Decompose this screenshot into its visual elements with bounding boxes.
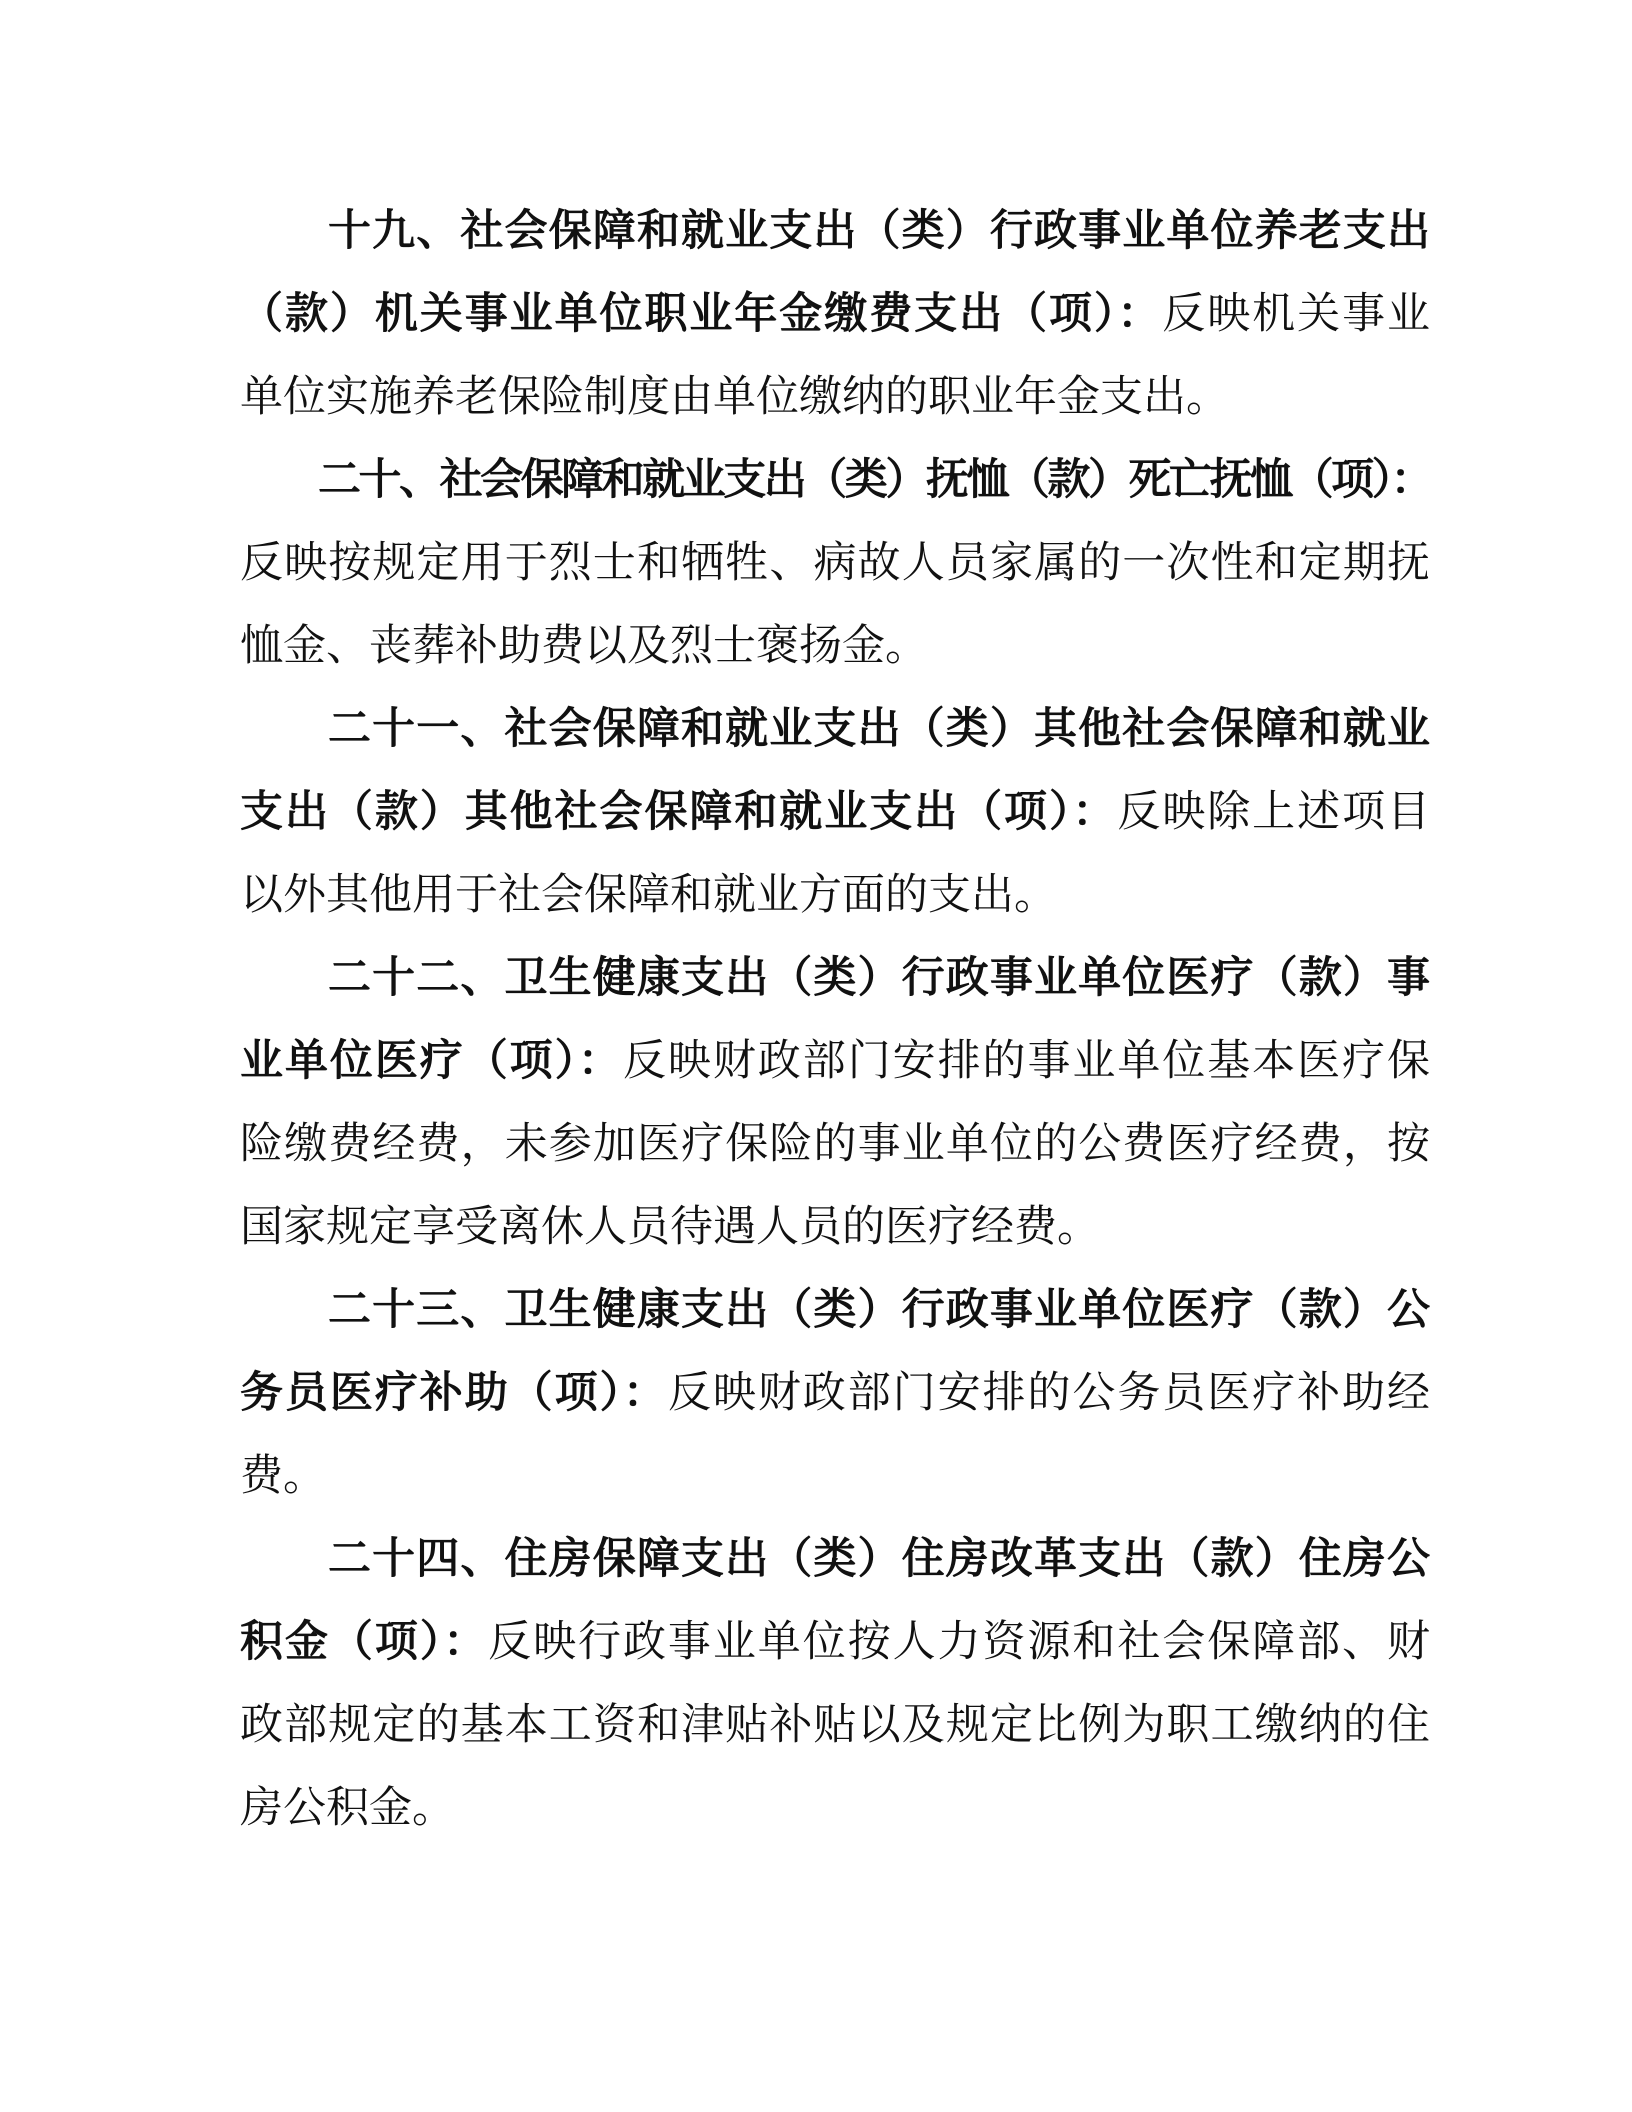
heading-text: 二十三、卫生健康支出（类）行政事业单位医疗（款）公 [328, 1287, 1430, 1334]
text-line: 政部规定的基本工资和津贴补贴以及规定比例为职工缴纳的住 [240, 1684, 1430, 1767]
body-text: 政部规定的基本工资和津贴补贴以及规定比例为职工缴纳的住 [240, 1702, 1430, 1749]
text-line: 二十一、社会保障和就业支出（类）其他社会保障和就业 [240, 688, 1430, 771]
heading-text: 二十四、住房保障支出（类）住房改革支出（款）住房公 [328, 1536, 1430, 1583]
text-line: 二十三、卫生健康支出（类）行政事业单位医疗（款）公 [240, 1269, 1430, 1352]
body-text: 反映财政部门安排的公务员医疗补助经 [668, 1370, 1430, 1417]
heading-text: 积金（项）： [240, 1619, 488, 1666]
text-line: 费。 [240, 1435, 1430, 1518]
paragraph-item-24: 二十四、住房保障支出（类）住房改革支出（款）住房公 积金（项）：反映行政事业单位… [240, 1518, 1430, 1850]
body-text: 反映财政部门安排的事业单位基本医疗保 [623, 1038, 1430, 1085]
body-text: 以外其他用于社会保障和就业方面的支出。 [240, 872, 1057, 919]
text-line: 支出（款）其他社会保障和就业支出（项）：反映除上述项目 [240, 771, 1430, 854]
body-text: 反映机关事业 [1162, 291, 1430, 338]
heading-text: 业单位医疗（项）： [240, 1038, 623, 1085]
text-line: 险缴费经费，未参加医疗保险的事业单位的公费医疗经费，按 [240, 1103, 1430, 1186]
text-line: （款）机关事业单位职业年金缴费支出（项）：反映机关事业 [240, 273, 1430, 356]
body-text: 反映除上述项目 [1117, 789, 1430, 836]
text-line: 务员医疗补助（项）：反映财政部门安排的公务员医疗补助经 [240, 1352, 1430, 1435]
body-text: 反映按规定用于烈士和牺牲、病故人员家属的一次性和定期抚 [240, 540, 1430, 587]
body-text: 反映行政事业单位按人力资源和社会保障部、财 [488, 1619, 1430, 1666]
heading-text: 支出（款）其他社会保障和就业支出（项）： [240, 789, 1117, 836]
body-text: 单位实施养老保险制度由单位缴纳的职业年金支出。 [240, 374, 1229, 421]
paragraph-item-21: 二十一、社会保障和就业支出（类）其他社会保障和就业 支出（款）其他社会保障和就业… [240, 688, 1430, 937]
paragraph-item-22: 二十二、卫生健康支出（类）行政事业单位医疗（款）事 业单位医疗（项）：反映财政部… [240, 937, 1430, 1269]
heading-text: 二十二、卫生健康支出（类）行政事业单位医疗（款）事 [328, 955, 1430, 1002]
document-text-block: 十九、社会保障和就业支出（类）行政事业单位养老支出 （款）机关事业单位职业年金缴… [240, 190, 1430, 1850]
text-line: 业单位医疗（项）：反映财政部门安排的事业单位基本医疗保 [240, 1020, 1430, 1103]
paragraph-item-20: 二十、社会保障和就业支出（类）抚恤（款）死亡抚恤（项）： 反映按规定用于烈士和牺… [240, 439, 1430, 688]
text-line: 单位实施养老保险制度由单位缴纳的职业年金支出。 [240, 356, 1430, 439]
heading-text: （款）机关事业单位职业年金缴费支出（项）： [240, 291, 1162, 338]
text-line: 二十、社会保障和就业支出（类）抚恤（款）死亡抚恤（项）： [240, 439, 1430, 522]
text-line: 反映按规定用于烈士和牺牲、病故人员家属的一次性和定期抚 [240, 522, 1430, 605]
document-page: 十九、社会保障和就业支出（类）行政事业单位养老支出 （款）机关事业单位职业年金缴… [0, 0, 1632, 2112]
text-line: 十九、社会保障和就业支出（类）行政事业单位养老支出 [240, 190, 1430, 273]
body-text: 险缴费经费，未参加医疗保险的事业单位的公费医疗经费，按 [240, 1121, 1430, 1168]
paragraph-item-23: 二十三、卫生健康支出（类）行政事业单位医疗（款）公 务员医疗补助（项）：反映财政… [240, 1269, 1430, 1518]
body-text: 费。 [240, 1453, 326, 1500]
text-line: 国家规定享受离休人员待遇人员的医疗经费。 [240, 1186, 1430, 1269]
heading-text: 二十一、社会保障和就业支出（类）其他社会保障和就业 [328, 706, 1430, 753]
paragraph-item-19: 十九、社会保障和就业支出（类）行政事业单位养老支出 （款）机关事业单位职业年金缴… [240, 190, 1430, 439]
text-line: 房公积金。 [240, 1767, 1430, 1850]
text-line: 积金（项）：反映行政事业单位按人力资源和社会保障部、财 [240, 1601, 1430, 1684]
heading-text: 十九、社会保障和就业支出（类）行政事业单位养老支出 [328, 208, 1430, 255]
heading-text: 二十、社会保障和就业支出（类）抚恤（款）死亡抚恤（项）： [318, 457, 1430, 504]
body-text: 国家规定享受离休人员待遇人员的医疗经费。 [240, 1204, 1100, 1251]
body-text: 恤金、丧葬补助费以及烈士褒扬金。 [240, 623, 928, 670]
text-line: 二十二、卫生健康支出（类）行政事业单位医疗（款）事 [240, 937, 1430, 1020]
body-text: 房公积金。 [240, 1785, 455, 1832]
text-line: 恤金、丧葬补助费以及烈士褒扬金。 [240, 605, 1430, 688]
heading-text: 务员医疗补助（项）： [240, 1370, 668, 1417]
text-line: 二十四、住房保障支出（类）住房改革支出（款）住房公 [240, 1518, 1430, 1601]
text-line: 以外其他用于社会保障和就业方面的支出。 [240, 854, 1430, 937]
